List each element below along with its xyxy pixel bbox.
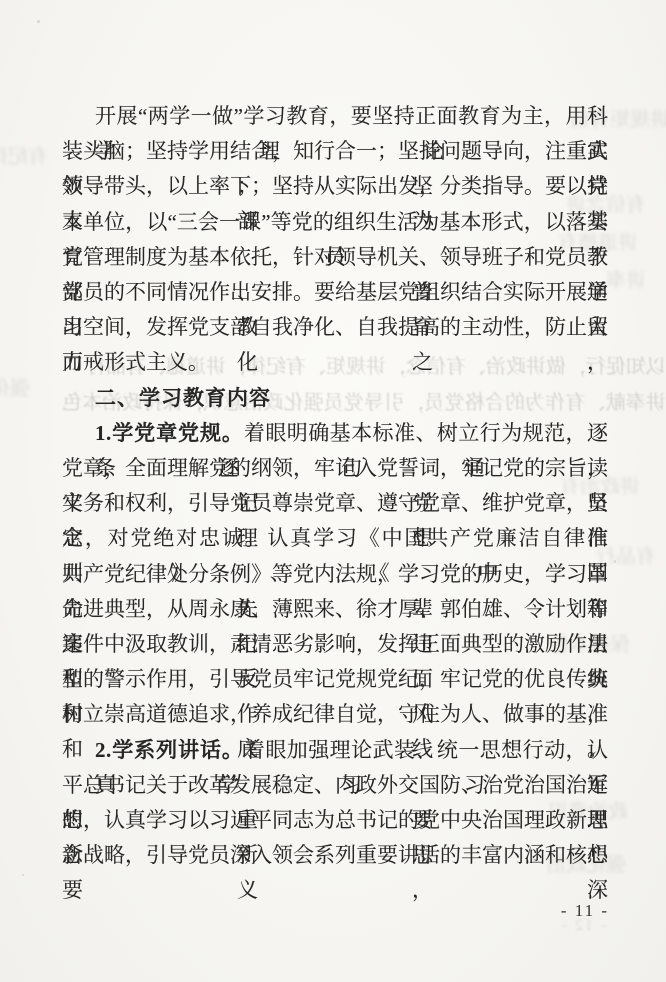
text-line: 育管理制度为基本依托，针对领导机关、领导班子和党员干部、普通 <box>62 240 608 275</box>
text-line: 本单位，以“三会一课”等党的组织生活为基本形式，以落实党员教 <box>62 205 608 240</box>
text-line: 念，对党绝对忠诚。认真学习《中国共产党廉洁自律准则》、《中国 <box>62 521 608 556</box>
section-heading: 二、学习教育内容 <box>62 381 608 416</box>
text-line: 2.学系列讲话。着眼加强理论武装、统一思想行动，认真学习习近 <box>62 733 608 768</box>
paragraph-lead: 1.学党章党规。 <box>95 421 244 445</box>
text-line: 树立崇高道德追求，养成纪律自觉，守住为人、做事的基准和底线。 <box>62 697 608 732</box>
text-line: 案件中汲取教训，肃清恶劣影响，发挥正面典型的激励作用和反面典 <box>62 627 608 662</box>
text-line: 力戒形式主义。 <box>62 345 608 380</box>
text-line: 领导带头，以上率下；坚持从实际出发，分类指导。要以党支部为基 <box>62 169 608 204</box>
scanned-document-page: 以知促行，做讲政治、有信念，讲规矩、有纪律，讲道德、有品行讲奉献、有作为的合格党… <box>0 0 666 982</box>
text-line: 义务和权利，引导党员尊崇党章、遵守党章、维护党章，坚定理想信 <box>62 486 608 521</box>
page-number: - 11 - <box>545 900 625 922</box>
text-line: 想，认真学习以习近平同志为总书记的党中央治国理政新理念新思想 <box>62 803 608 838</box>
paragraph-lead: 2.学系列讲话。 <box>95 738 244 762</box>
text-line: 装头脑；坚持学用结合，知行合一；坚持问题导向，注重实效；坚持 <box>62 134 608 169</box>
text-line: 平总书记关于改革发展稳定、内政外交国防、治党治国治军的重要思 <box>62 768 608 803</box>
text-line: 1.学党章党规。着眼明确基本标准、树立行为规范，逐条逐句通读 <box>62 416 608 451</box>
text-line: 党员的不同情况作出安排。要给基层党组织结合实际开展学习教育留 <box>62 275 608 310</box>
text-line: 先进典型，从周永康、薄熙来、徐才厚、郭伯雄、令计划等违纪违法 <box>62 592 608 627</box>
text-line: 型的警示作用，引导党员牢记党规党纪，牢记党的优良传统和作风， <box>62 662 608 697</box>
text-line: 开展“两学一做”学习教育，要坚持正面教育为主，用科学理论武 <box>62 99 608 134</box>
text-line: 党章，全面理解党的纲领，牢记入党誓词，牢记党的宗旨，牢记党员 <box>62 451 608 486</box>
body-text: 开展“两学一做”学习教育，要坚持正面教育为主，用科学理论武装头脑；坚持学用结合，… <box>0 0 666 982</box>
text-line: 出空间，发挥党支部自我净化、自我提高的主动性，防止大而化之， <box>62 310 608 345</box>
text-line: 新战略，引导党员深入领会系列重要讲话的丰富内涵和核心要义，深 <box>62 838 608 873</box>
text-line: 共产党纪律处分条例》等党内法规，学习党的历史，学习革命先辈和 <box>62 557 608 592</box>
